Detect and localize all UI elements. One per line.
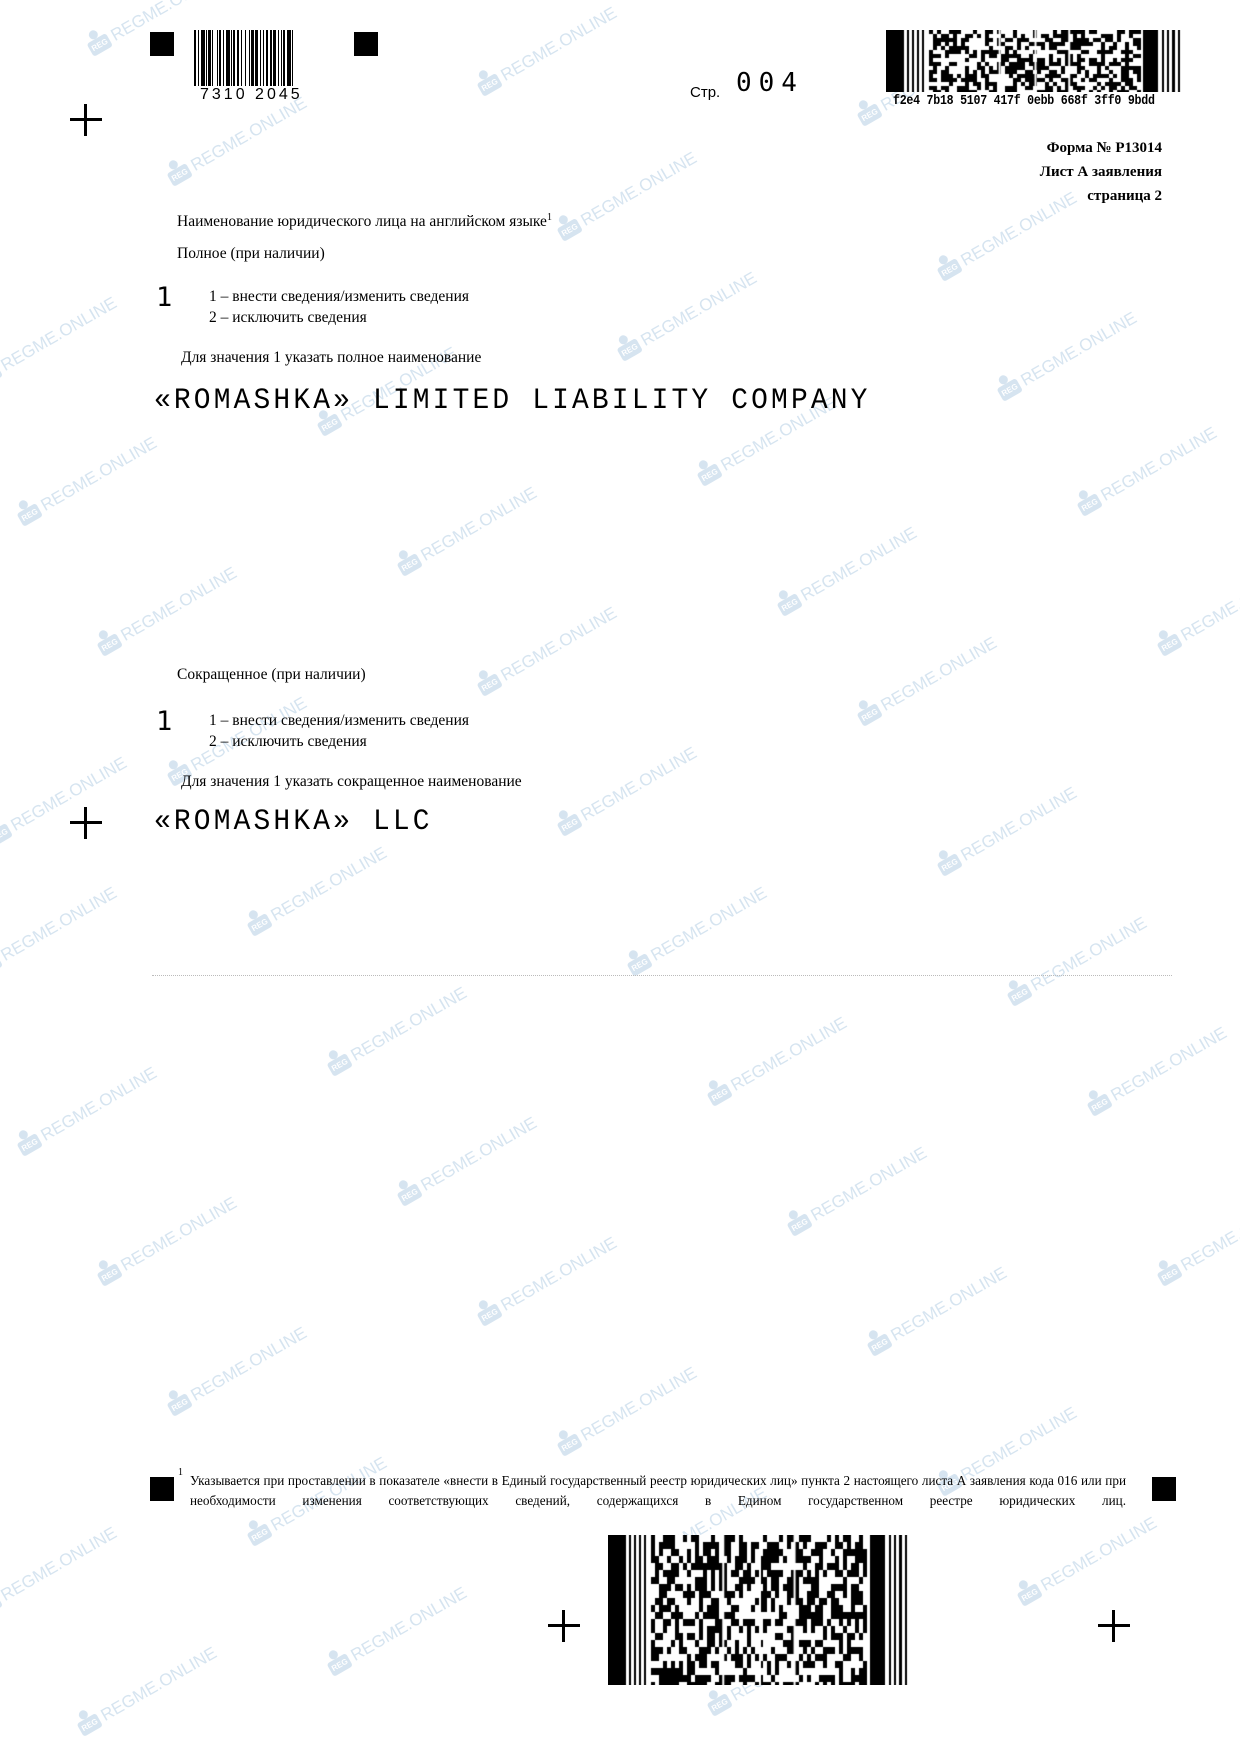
- watermark: REGREGME.ONLINE: [1005, 913, 1150, 1009]
- watermark: REGREGME.ONLINE: [325, 1583, 470, 1679]
- section-title-text: Наименование юридического лица на англий…: [177, 213, 547, 230]
- footnote-text: Указывается при проставлении в показател…: [190, 1473, 1126, 1508]
- page-number: 004: [736, 68, 804, 98]
- watermark: REGREGME.ONLINE: [245, 843, 390, 939]
- alignment-marker-top-center: [354, 32, 378, 56]
- watermark: REGREGME.ONLINE: [615, 268, 760, 364]
- pdf417-barcode-bottom: [608, 1535, 916, 1685]
- option-add-change: 1 – внести сведения/изменить сведения: [209, 710, 469, 731]
- pdf417-barcode-top: [886, 30, 1188, 92]
- full-name-choice-field[interactable]: 1: [156, 282, 172, 313]
- watermark: REGREGME.ONLINE: [0, 753, 130, 849]
- watermark: REGREGME.ONLINE: [1155, 563, 1240, 659]
- watermark: REGREGME.ONLINE: [995, 308, 1140, 404]
- full-name-options: 1 – внести сведения/изменить сведения 2 …: [209, 286, 469, 328]
- watermark: REGREGME.ONLINE: [785, 1143, 930, 1239]
- watermark: REGREGME.ONLINE: [0, 293, 120, 389]
- footnote-ref: 1: [547, 212, 552, 223]
- option-add-change: 1 – внести сведения/изменить сведения: [209, 286, 469, 307]
- dotted-separator: [152, 975, 1172, 976]
- watermark: REGREGME.ONLINE: [15, 1063, 160, 1159]
- option-exclude: 2 – исключить сведения: [209, 307, 469, 328]
- watermark: REGREGME.ONLINE: [395, 1113, 540, 1209]
- watermark: REGREGME.ONLINE: [935, 783, 1080, 879]
- short-name-choice-field[interactable]: 1: [156, 706, 172, 737]
- watermark: REGREGME.ONLINE: [775, 523, 920, 619]
- alignment-marker-bottom-left: [150, 1477, 174, 1501]
- watermark: REGREGME.ONLINE: [555, 743, 700, 839]
- alignment-marker-top-left: [150, 32, 174, 56]
- crosshair-mark-bottom-right: [1098, 1610, 1130, 1642]
- watermark: REGREGME.ONLINE: [555, 148, 700, 244]
- watermark: REGREGME.ONLINE: [0, 883, 120, 979]
- linear-barcode: [194, 30, 324, 86]
- footnote: 1 Указывается при проставлении в показат…: [190, 1471, 1126, 1511]
- crosshair-mark-middle-left: [70, 807, 102, 839]
- full-name-instruction: Для значения 1 указать полное наименован…: [181, 349, 481, 367]
- section-title: Наименование юридического лица на англий…: [177, 212, 552, 231]
- sheet-label: Лист А заявления: [1040, 160, 1162, 184]
- linear-barcode-number: 7310 2045: [200, 86, 303, 104]
- watermark: REGREGME.ONLINE: [475, 1233, 620, 1329]
- watermark: REGREGME.ONLINE: [855, 633, 1000, 729]
- watermark: REGREGME.ONLINE: [1155, 1193, 1240, 1289]
- watermark: REGREGME.ONLINE: [1015, 1513, 1160, 1609]
- barcode-hash-text: f2e4 7b18 5107 417f 0ebb 668f 3ff0 9bdd: [893, 94, 1155, 109]
- crosshair-mark-top-left: [70, 104, 102, 136]
- watermark: REGREGME.ONLINE: [15, 433, 160, 529]
- form-heading: Форма № Р13014 Лист А заявления страница…: [1040, 136, 1162, 208]
- watermark: REGREGME.ONLINE: [75, 1643, 220, 1739]
- watermark: REGREGME.ONLINE: [165, 93, 310, 189]
- watermark: REGREGME.ONLINE: [625, 883, 770, 979]
- form-number: Форма № Р13014: [1040, 136, 1162, 160]
- short-name-value-field[interactable]: «ROMASHKA» LLC: [154, 805, 433, 839]
- crosshair-mark-bottom-left: [548, 1610, 580, 1642]
- watermark: REGREGME.ONLINE: [1085, 1023, 1230, 1119]
- watermark: REGREGME.ONLINE: [95, 563, 240, 659]
- watermark: REGREGME.ONLINE: [95, 1193, 240, 1289]
- watermark: REGREGME.ONLINE: [475, 603, 620, 699]
- watermark: REGREGME.ONLINE: [475, 3, 620, 99]
- watermark: REGREGME.ONLINE: [1075, 423, 1220, 519]
- watermark: REGREGME.ONLINE: [0, 1523, 120, 1619]
- watermark: REGREGME.ONLINE: [555, 1363, 700, 1459]
- option-exclude: 2 – исключить сведения: [209, 731, 469, 752]
- footnote-mark: 1: [178, 1463, 183, 1483]
- watermark: REGREGME.ONLINE: [165, 1323, 310, 1419]
- short-name-heading: Сокращенное (при наличии): [177, 666, 366, 684]
- watermark: REGREGME.ONLINE: [865, 1263, 1010, 1359]
- full-name-value-field[interactable]: «ROMASHKA» LIMITED LIABILITY COMPANY: [154, 384, 871, 418]
- short-name-options: 1 – внести сведения/изменить сведения 2 …: [209, 710, 469, 752]
- alignment-marker-bottom-right: [1152, 1477, 1176, 1501]
- full-name-heading: Полное (при наличии): [177, 245, 325, 263]
- watermark: REGREGME.ONLINE: [395, 483, 540, 579]
- short-name-instruction: Для значения 1 указать сокращенное наиме…: [181, 773, 522, 791]
- sheet-page: страница 2: [1040, 184, 1162, 208]
- page-label: Стр.: [690, 84, 720, 101]
- watermark: REGREGME.ONLINE: [325, 983, 470, 1079]
- watermark: REGREGME.ONLINE: [705, 1013, 850, 1109]
